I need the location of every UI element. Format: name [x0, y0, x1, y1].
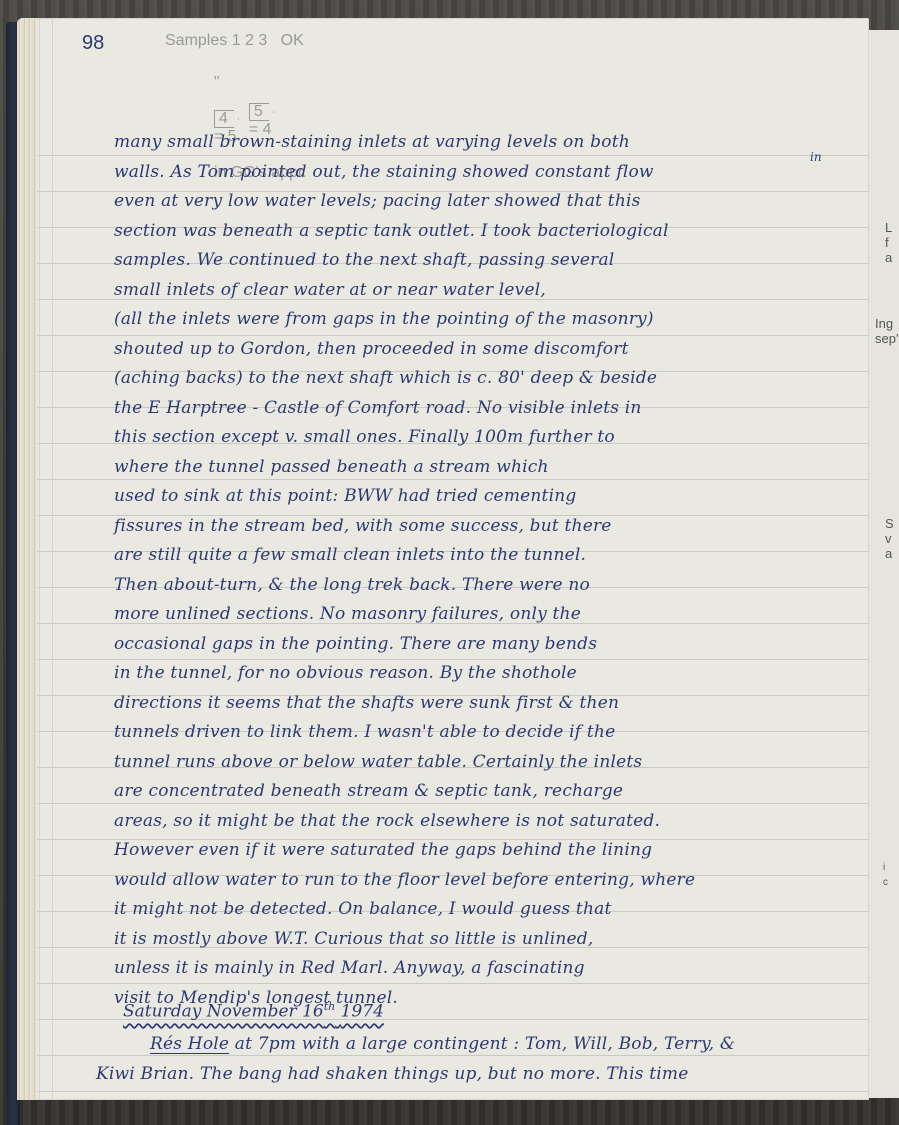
handwritten-line: walls. As Tom pointed out, the staining …: [114, 158, 874, 188]
handwritten-line: the E Harptree - Castle of Comfort road.…: [114, 394, 874, 424]
handwritten-line: Then about-turn, & the long trek back. T…: [114, 571, 874, 601]
margin-line: [52, 18, 53, 1100]
handwritten-line: Kiwi Brian. The bang had shaken things u…: [96, 1059, 876, 1089]
handwritten-line: tunnels driven to link them. I wasn't ab…: [114, 718, 874, 748]
handwritten-line: areas, so it might be that the rock else…: [114, 807, 874, 837]
handwritten-line: section was beneath a septic tank outlet…: [114, 217, 874, 247]
handwritten-line: unless it is mainly in Red Marl. Anyway,…: [114, 954, 874, 984]
page-edges: [17, 18, 37, 1100]
pencil-note-samples: Samples 1 2 3 OK: [165, 32, 304, 50]
heading-year: 1974: [341, 1002, 384, 1022]
handwritten-line: many small brown-staining inlets at vary…: [114, 128, 874, 158]
handwritten-line: used to sink at this point: BWW had trie…: [114, 482, 874, 512]
handwritten-line: would allow water to run to the floor le…: [114, 866, 874, 896]
handwritten-line: in the tunnel, for no obvious reason. By…: [114, 659, 874, 689]
handwritten-line: (all the inlets were from gaps in the po…: [114, 305, 874, 335]
margin-line: [39, 18, 40, 1100]
heading-ordinal: th: [324, 1000, 336, 1013]
handwritten-line: shouted up to Gordon, then proceeded in …: [114, 335, 874, 365]
journal-body-text: many small brown-staining inlets at vary…: [114, 128, 874, 1013]
boxed-sample-5: 5: [249, 103, 274, 121]
facing-page-fragment: S v a: [885, 516, 894, 561]
facing-page-fragment: Ing sep': [875, 316, 898, 346]
handwritten-line: are still quite a few small clean inlets…: [114, 541, 874, 571]
handwritten-line: However even if it were saturated the ga…: [114, 836, 874, 866]
boxed-sample-4: 4: [214, 110, 239, 128]
handwritten-line: directions it seems that the shafts were…: [114, 689, 874, 719]
page-number: 98: [82, 32, 104, 55]
facing-page-fragment: L f a: [885, 220, 892, 265]
handwritten-line: are concentrated beneath stream & septic…: [114, 777, 874, 807]
handwritten-line: even at very low water levels; pacing la…: [114, 187, 874, 217]
handwritten-line: Rés Hole at 7pm with a large contingent …: [96, 1029, 876, 1059]
line-text: at 7pm with a large contingent : Tom, Wi…: [229, 1034, 735, 1054]
handwritten-line: samples. We continued to the next shaft,…: [114, 246, 874, 276]
location-name: Rés Hole: [150, 1034, 229, 1054]
entry-date-heading: Saturday November 16th 1974: [123, 1000, 384, 1022]
heading-date: Saturday November 16: [123, 1002, 324, 1022]
handwritten-line: where the tunnel passed beneath a stream…: [114, 453, 874, 483]
handwritten-line: tunnel runs above or below water table. …: [114, 748, 874, 778]
handwritten-line: (aching backs) to the next shaft which i…: [114, 364, 874, 394]
handwritten-line: fissures in the stream bed, with some su…: [114, 512, 874, 542]
new-entry-text: Rés Hole at 7pm with a large contingent …: [96, 1029, 876, 1089]
handwritten-line: more unlined sections. No masonry failur…: [114, 600, 874, 630]
ditto-mark: ": [214, 74, 220, 91]
line-text: Kiwi Brian. The bang had shaken things u…: [96, 1064, 689, 1084]
handwritten-line: it is mostly above W.T. Curious that so …: [114, 925, 874, 955]
facing-page-fragment: i c: [883, 860, 888, 890]
handwritten-line: small inlets of clear water at or near w…: [114, 276, 874, 306]
handwritten-line: this section except v. small ones. Final…: [114, 423, 874, 453]
handwritten-line: it might not be detected. On balance, I …: [114, 895, 874, 925]
handwritten-line: occasional gaps in the pointing. There a…: [114, 630, 874, 660]
